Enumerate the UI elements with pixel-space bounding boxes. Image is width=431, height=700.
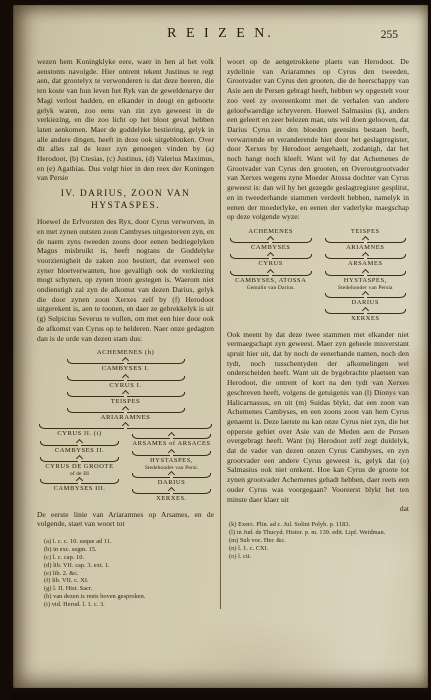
footnote: (c) l. c. cap. 10. (44, 554, 214, 562)
descent-brace-icon (67, 407, 185, 413)
descent-brace-icon (325, 292, 407, 298)
right-footnotes: (k) Exerc. Plin. ad c. Jul. Solini Polyh… (227, 521, 409, 561)
descent-brace-icon (40, 456, 119, 462)
footnote: (g) l. II. Hist. Sacr. (44, 585, 214, 593)
descent-brace-icon (132, 472, 211, 478)
descent-brace-icon (132, 450, 211, 456)
genealogy-node: CAMBYSES II. (37, 440, 122, 455)
photo-edge-bottom (0, 687, 431, 700)
genealogy-node: DARIUS (129, 472, 214, 487)
footnote: (l) in Jud. de Thucyd. Histor. p. m. 139… (229, 529, 409, 537)
genealogy-node: CAMBYSES III. (37, 478, 122, 493)
branch-cyrus-line: CYRUS II. (i) CAMBYSES II. CYRUS DE GROO… (37, 430, 122, 504)
genealogy-node: ARSAMES (322, 253, 410, 268)
right-paragraph-2: Ook meent hy dat deze twee stammen met e… (227, 330, 409, 505)
genealogy-node: CAMBYSES, ATOSSA Gemalin van Darius. (227, 270, 315, 292)
footnote: (a) l. c. c. 10. usque ad 11. (44, 538, 214, 546)
photo-edge-right (427, 0, 431, 700)
left-closing-line: De eerste linie van Ariaramnes op Arsame… (37, 510, 214, 529)
genealogy-node: TEISPES (60, 391, 192, 406)
footnote: (o) l. cit. (229, 553, 409, 561)
genealogy-node: XERXES (322, 308, 410, 323)
descent-brace-icon (230, 253, 312, 259)
catchword: dat (227, 504, 409, 514)
footnote: (b) in exc. segm. 15. (44, 546, 214, 554)
genealogy-chart-darius: ACHEMENES (h) CAMBYSES I. CYRUS I. TEISP… (37, 349, 214, 504)
descent-brace-icon (67, 391, 185, 397)
footnote: (k) Exerc. Plin. ad c. Jul. Solini Polyh… (229, 521, 409, 529)
left-paragraph-2: Hoewel de Erfvorsten des Ryx, door Cyrus… (37, 217, 214, 343)
footnote: (m) Sub voc. Her. &c. (229, 537, 409, 545)
left-footnotes: (a) l. c. c. 10. usque ad 11. (b) in exc… (37, 538, 214, 609)
text-columns: wezen hem Koningklyke eere, waer in hen … (37, 57, 416, 609)
genealogy-node: XERXES. (129, 488, 214, 503)
left-paragraph-1: wezen hem Koningklyke eere, waer in hen … (37, 57, 214, 183)
genealogy-node: ACHEMENES (227, 228, 315, 236)
descent-brace-icon (132, 488, 211, 494)
footnote: (i) vid. Herod. l. 1. c. 3. (44, 601, 214, 609)
genealogy-node: CAMBYSES (227, 237, 315, 252)
descent-brace-icon (40, 440, 119, 446)
descent-brace-icon (325, 253, 407, 259)
genealogy-node: ARIARAMNES (60, 407, 192, 422)
footnote: (e) lib. 2. &c. (44, 570, 214, 578)
descent-brace-icon (325, 237, 407, 243)
genealogy-node: ARSAMES of ARSACES (129, 433, 214, 448)
genealogy-branches: ACHEMENES CAMBYSES CYRUS CAMBYSES, (227, 228, 409, 325)
descent-brace-icon (132, 433, 211, 439)
running-title: R E I Z E N. (13, 26, 428, 42)
descent-brace-icon (67, 358, 185, 364)
right-paragraph-1: woort op de aengetrokkene plaets van Her… (227, 57, 409, 222)
left-column: wezen hem Koningklyke eere, waer in hen … (37, 57, 220, 609)
photo-edge-left (0, 0, 15, 700)
descent-brace-icon (67, 375, 185, 381)
footnote: (d) lib. VII. cap. 3. ext. 1. (44, 562, 214, 570)
descent-brace-icon (230, 237, 312, 243)
descent-brace-split-icon (39, 423, 212, 429)
genealogy-node: CYRUS DE GROOTE of de III (37, 456, 122, 478)
paternal-line: TEISPES ARIAMNES ARSAMES HYSTASPES, (322, 228, 410, 325)
genealogy-node: CYRUS (227, 253, 315, 268)
book-page: R E I Z E N. 255 wezen hem Koningklyke e… (13, 5, 428, 688)
branch-darius-line: ARSAMES of ARSACES HYSTASPES, Stedehoude… (129, 432, 214, 504)
genealogy-node: CAMBYSES I. (60, 358, 192, 373)
genealogy-chart-salmasius: ACHEMENES CAMBYSES CYRUS CAMBYSES, (227, 228, 409, 325)
genealogy-node: ARIAMNES (322, 237, 410, 252)
section-heading: IV. DARIUS, ZOON VAN HYSTASPES. (45, 189, 206, 212)
genealogy-branches: CYRUS II. (i) CAMBYSES II. CYRUS DE GROO… (37, 430, 214, 504)
footnote: (n) l. 1. c. CXI. (229, 545, 409, 553)
photo-edge-top (0, 0, 431, 6)
genealogy-node: DARIUS (322, 292, 410, 307)
descent-brace-icon (325, 270, 407, 276)
genealogy-trunk: ACHEMENES (h) CAMBYSES I. CYRUS I. TEISP… (60, 349, 192, 422)
genealogy-node: HYSTASPES, Stedehouder van Persi. (129, 450, 214, 472)
descent-brace-icon (325, 308, 407, 314)
genealogy-node: HYSTASPES, Stedehouder van Persia (322, 270, 410, 292)
page-header: R E I Z E N. 255 (13, 5, 428, 50)
descent-brace-icon (40, 478, 119, 484)
descent-brace-icon (230, 270, 312, 276)
footnote: (f) lib. VII. c. XI. (44, 577, 214, 585)
footnote: (h) van dezen is reets boven gesproken. (44, 593, 214, 601)
page-number: 255 (381, 29, 398, 41)
genealogy-node: CYRUS II. (i) (37, 430, 122, 438)
right-column: woort op de aengetrokkene plaets van Her… (220, 57, 409, 609)
maternal-line: ACHEMENES CAMBYSES CYRUS CAMBYSES, (227, 228, 315, 325)
genealogy-node: CYRUS I. (60, 375, 192, 390)
